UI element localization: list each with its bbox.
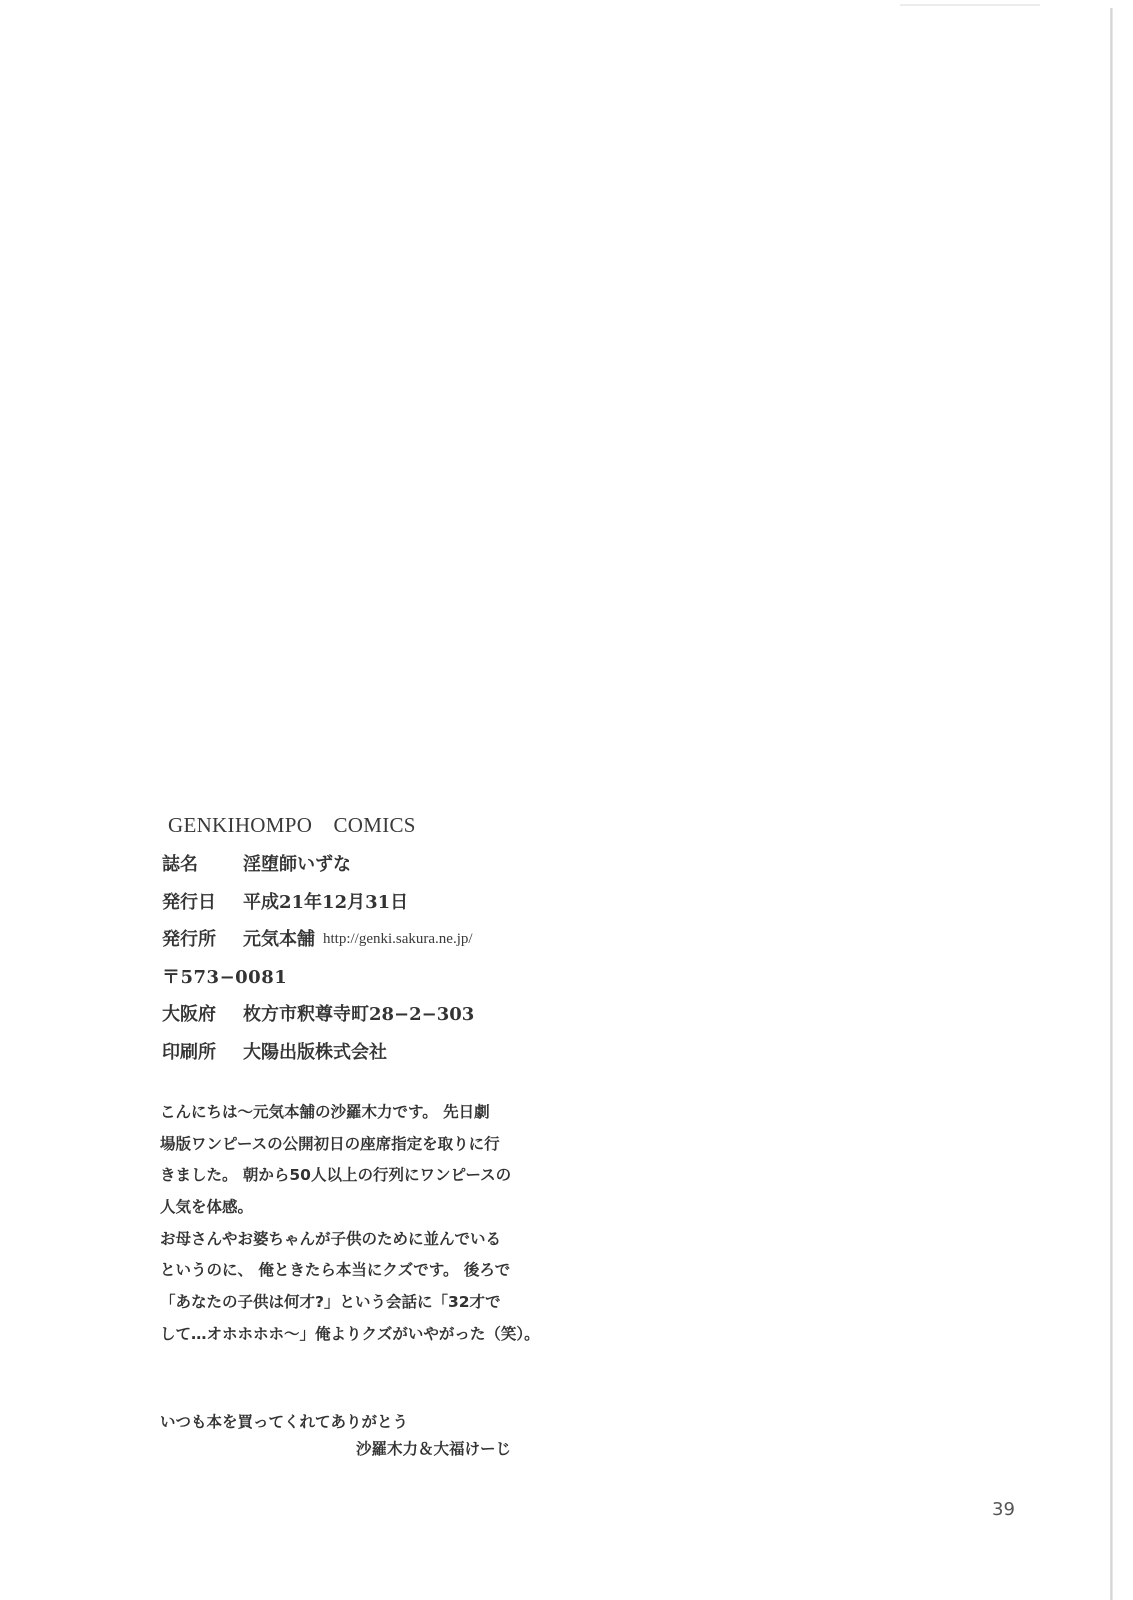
message-line: お母さんやお婆ちゃんが子供のために並んでいる xyxy=(160,1224,540,1256)
date-value: 平成21年12月31日 xyxy=(243,884,408,922)
colophon-row-address: 大阪府 枚方市釈尊寺町28−2−303 xyxy=(162,996,474,1034)
colophon-row-postal: 〒573−0081 xyxy=(162,959,474,997)
publisher-url: http://genki.sakura.ne.jp/ xyxy=(323,921,473,959)
closing-signature: 沙羅木力＆大福けーじ xyxy=(356,1437,511,1459)
colophon-row-publisher: 発行所 元気本舗 http://genki.sakura.ne.jp/ xyxy=(162,921,474,959)
message-line: 人気を体感。 xyxy=(160,1192,540,1224)
page-edge-shadow xyxy=(1110,8,1113,1600)
page-number: 39 xyxy=(992,1499,1015,1520)
printer-label: 印刷所 xyxy=(162,1034,243,1072)
postal-code: 〒573−0081 xyxy=(162,959,287,997)
message-line: 場版ワンピースの公開初日の座席指定を取りに行 xyxy=(160,1129,540,1161)
scan-artifact xyxy=(900,4,1040,6)
message-line: こんにちは〜元気本舗の沙羅木力です。 先日劇 xyxy=(160,1097,540,1129)
colophon-row-printer: 印刷所 大陽出版株式会社 xyxy=(162,1034,474,1072)
closing-thanks: いつも本を買ってくれてありがとう xyxy=(160,1410,408,1432)
colophon-row-title: 誌名 淫堕師いずな xyxy=(162,846,474,884)
colophon: 誌名 淫堕師いずな 発行日 平成21年12月31日 発行所 元気本舗 http:… xyxy=(162,846,474,1071)
message-line: というのに、 俺ときたら本当にクズです。 後ろで xyxy=(160,1255,540,1287)
address-label: 大阪府 xyxy=(162,996,243,1034)
publisher-brand: GENKIHOMPO COMICS xyxy=(168,809,416,839)
colophon-row-date: 発行日 平成21年12月31日 xyxy=(162,884,474,922)
message-line: 「あなたの子供は何才?」という会話に「32才で xyxy=(160,1287,540,1319)
date-label: 発行日 xyxy=(162,884,243,922)
address-value: 枚方市釈尊寺町28−2−303 xyxy=(243,996,474,1034)
publisher-label: 発行所 xyxy=(162,921,243,959)
title-label: 誌名 xyxy=(162,846,243,884)
message-line: して…オホホホホ〜」俺よりクズがいやがった（笑）。 xyxy=(160,1319,540,1351)
message-line: きました。 朝から50人以上の行列にワンピースの xyxy=(160,1160,540,1192)
printer-value: 大陽出版株式会社 xyxy=(243,1034,387,1072)
author-message: こんにちは〜元気本舗の沙羅木力です。 先日劇 場版ワンピースの公開初日の座席指定… xyxy=(160,1097,540,1351)
publisher-value: 元気本舗 xyxy=(243,921,315,959)
title-value: 淫堕師いずな xyxy=(243,846,351,884)
